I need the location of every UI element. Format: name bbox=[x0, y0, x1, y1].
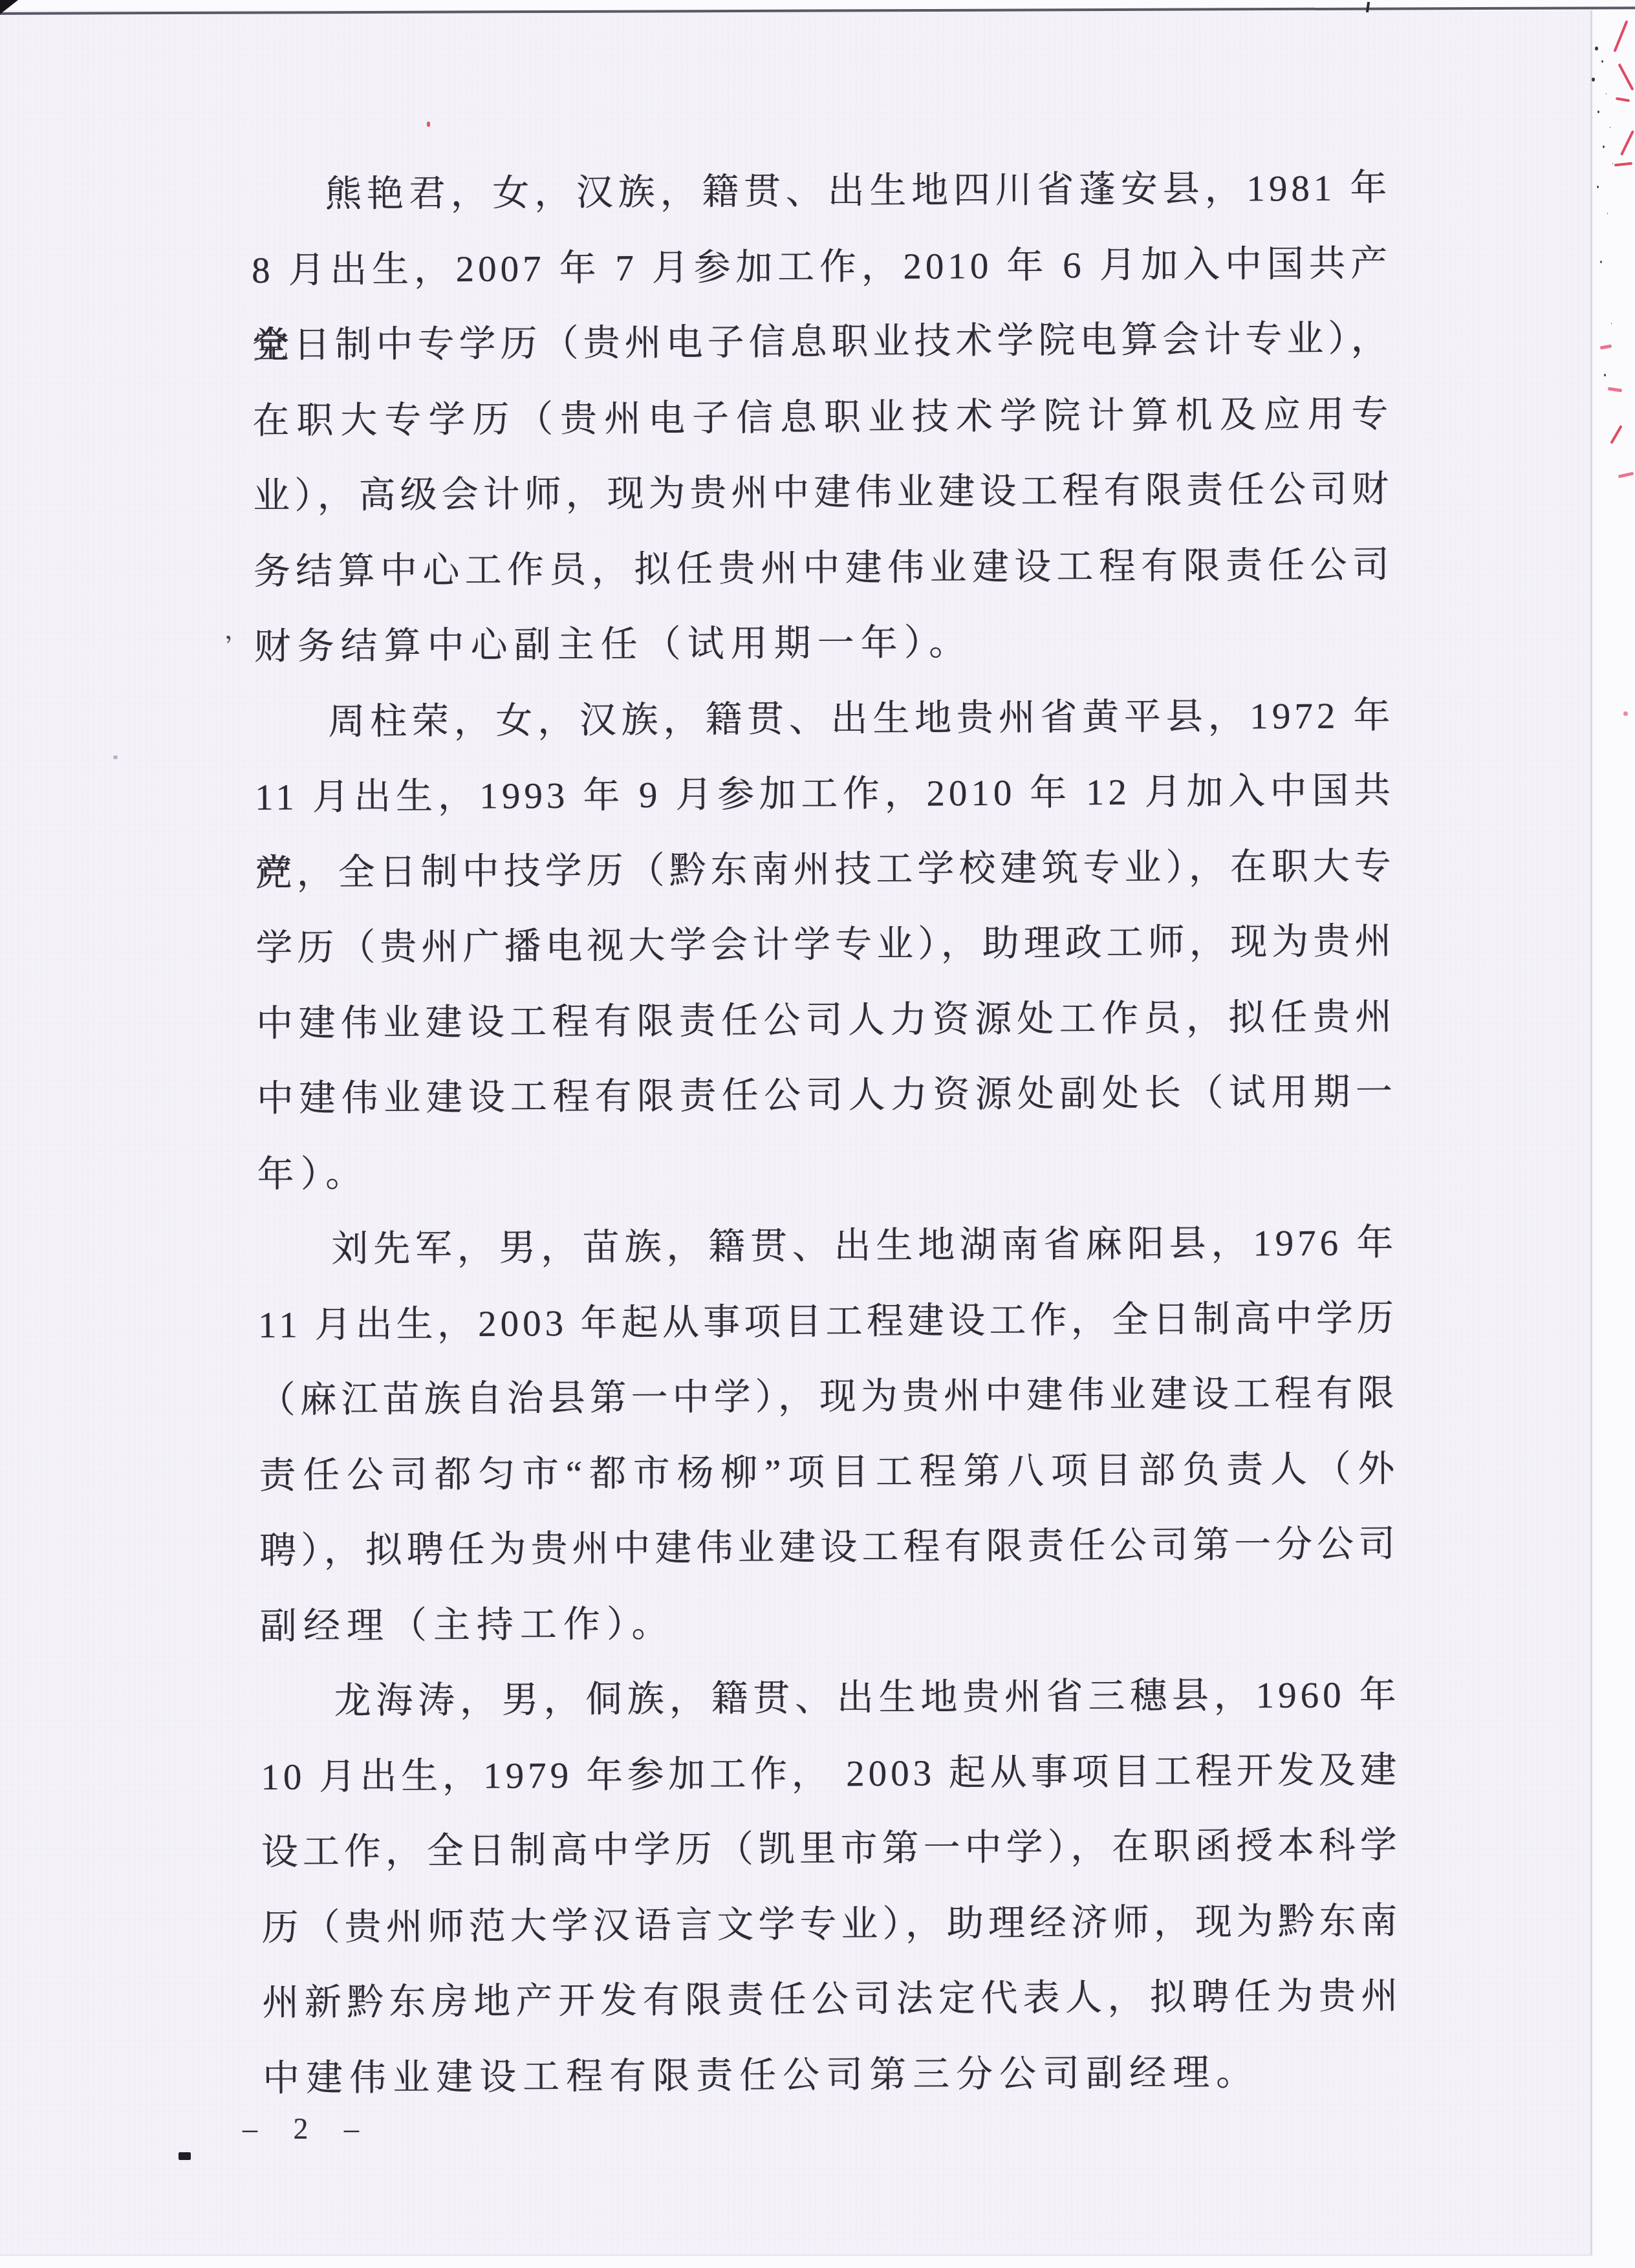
text-line: 全日制中专学历（贵州电子信息职业技术学院电算会计专业）， bbox=[252, 301, 1392, 383]
text-line: 中建伟业建设工程有限责任公司人力资源处工作员，拟任贵州 bbox=[256, 980, 1396, 1062]
scan-speck bbox=[179, 2152, 191, 2160]
text-line: 务结算中心工作员，拟任贵州中建伟业建设工程有限责任公司 bbox=[254, 528, 1394, 610]
text-line: 设工作，全日制高中学历（凯里市第一中学），在职函授本科学 bbox=[261, 1808, 1402, 1890]
text-line: 州新黔东房地产开发有限责任公司法定代表人，拟聘任为贵州 bbox=[262, 1959, 1402, 2041]
text-line: 聘），拟聘任为贵州中建伟业建设工程有限责任公司第一分公司 bbox=[259, 1507, 1400, 1589]
scanned-document: { "document": { "language": "zh", "parag… bbox=[0, 0, 1635, 2268]
red-margin-mark bbox=[1613, 20, 1628, 52]
red-margin-mark bbox=[1618, 63, 1634, 91]
text-line: 11 月出生，2003 年起从事项目工程建设工作，全日制高中学历 bbox=[258, 1281, 1398, 1363]
red-margin-mark bbox=[1600, 344, 1612, 349]
text-line: 责任公司都匀市“都市杨柳”项目工程第八项目部负责人（外 bbox=[259, 1432, 1399, 1514]
red-margin-mark bbox=[1616, 97, 1630, 102]
text-line: 龙海涛，男，侗族，籍贯、出生地贵州省三穗县，1960 年 bbox=[260, 1658, 1400, 1740]
red-margin-mark bbox=[1614, 162, 1632, 167]
scan-speck-cluster bbox=[1595, 47, 1598, 50]
text-line: 学历（贵州广播电视大学会计学专业），助理政工师，现为贵州 bbox=[255, 904, 1396, 986]
text-line: 刘先军，男，苗族，籍贯、出生地湖南省麻阳县，1976 年 bbox=[257, 1205, 1398, 1288]
text-line: 8 月出生，2007 年 7 月参加工作，2010 年 6 月加入中国共产党， bbox=[252, 226, 1392, 308]
paper-right-edge bbox=[1590, 10, 1592, 2255]
page-number: – 2 – bbox=[243, 2110, 373, 2148]
text-line: 副经理（主持工作）。 bbox=[260, 1582, 1400, 1665]
scan-speck bbox=[113, 755, 118, 759]
red-margin-mark bbox=[1618, 472, 1634, 479]
document-body-text: 熊艳君，女，汉族，籍贯、出生地四川省蓬安县，1981 年8 月出生，2007 年… bbox=[251, 151, 1402, 2117]
text-line: 在职大专学历（贵州电子信息职业技术学院计算机及应用专 bbox=[252, 377, 1392, 459]
text-line: 年）。 bbox=[257, 1130, 1397, 1213]
red-speck bbox=[427, 122, 430, 127]
text-line: 周柱荣，女，汉族，籍贯、出生地贵州省黄平县，1972 年 bbox=[254, 678, 1394, 761]
text-line: 中建伟业建设工程有限责任公司第三分公司副经理。 bbox=[263, 2035, 1403, 2117]
text-line: 11 月出生，1993 年 9 月参加工作，2010 年 12 月加入中国共产 bbox=[255, 753, 1395, 836]
red-margin-mark bbox=[1610, 425, 1622, 444]
text-line: 财务结算中心副主任（试用期一年）。 bbox=[254, 603, 1394, 685]
red-margin-mark bbox=[1623, 711, 1628, 716]
red-margin-mark bbox=[1608, 387, 1622, 392]
text-line: （麻江苗族自治县第一中学），现为贵州中建伟业建设工程有限 bbox=[258, 1356, 1398, 1438]
text-line: 党，全日制中技学历（黔东南州技工学校建筑专业），在职大专 bbox=[255, 829, 1395, 911]
text-line: 历（贵州师范大学汉语言文学专业），助理经济师，现为黔东南 bbox=[261, 1884, 1402, 1966]
text-line: 10 月出生，1979 年参加工作， 2003 起从事项目工程开发及建 bbox=[261, 1733, 1401, 1815]
paper-bottom-edge bbox=[0, 2254, 1592, 2256]
text-line: 中建伟业建设工程有限责任公司人力资源处副处长（试用期一 bbox=[257, 1055, 1397, 1137]
red-margin-mark bbox=[1620, 130, 1634, 156]
text-line: 熊艳君，女，汉族，籍贯、出生地四川省蓬安县，1981 年 bbox=[251, 151, 1391, 233]
text-line: 业），高级会计师，现为贵州中建伟业建设工程有限责任公司财 bbox=[253, 452, 1393, 534]
